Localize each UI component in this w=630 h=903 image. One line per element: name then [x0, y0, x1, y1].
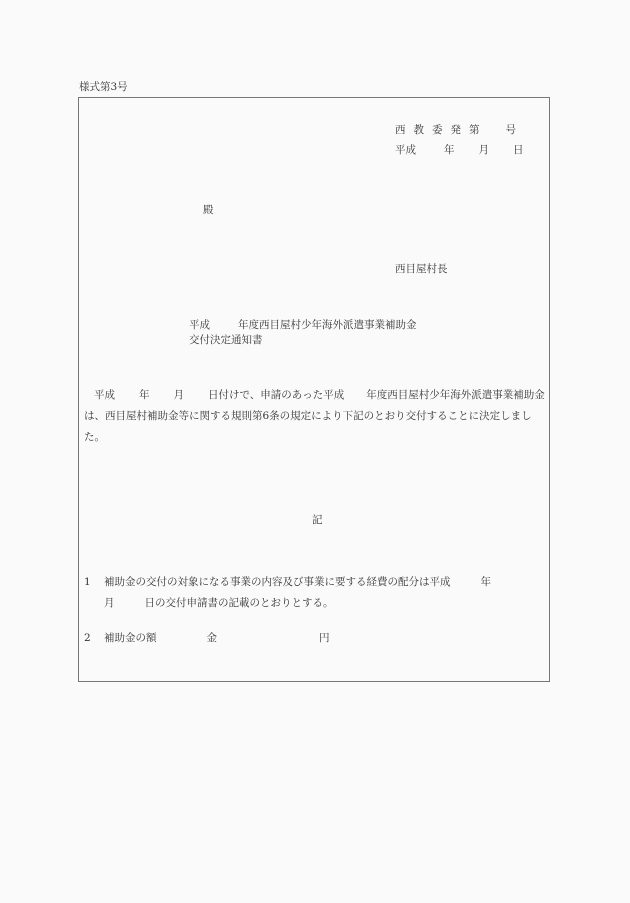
- doc-number-char: 委: [432, 125, 443, 136]
- currency-prefix: 金: [207, 632, 218, 644]
- document-title-line2: 交付決定通知書: [189, 335, 263, 346]
- date-era: 平成: [395, 144, 416, 156]
- item-number: 2: [84, 633, 104, 644]
- doc-number-char: 第: [469, 125, 480, 136]
- date-month: 月: [479, 144, 490, 156]
- doc-number-char: 教: [414, 125, 425, 136]
- date-day: 日: [513, 144, 524, 156]
- doc-number-char: 発: [451, 125, 462, 136]
- addressee-honorific: 殿: [203, 205, 214, 216]
- doc-number-char: 号: [506, 125, 517, 136]
- document-title-line1: 平成年度西目屋村少年海外派遣事業補助金: [189, 320, 417, 331]
- list-item-2: 2補助金の額金円: [84, 633, 330, 644]
- date-year: 年: [444, 144, 455, 156]
- item-number: 1: [84, 572, 104, 593]
- issuer-name: 西目屋村長: [395, 264, 448, 275]
- document-number: 西教委発第号: [395, 125, 516, 136]
- list-item-1: 1補助金の交付の対象になる事業の内容及び事業に要する経費の配分は平成年 月日の交…: [84, 572, 544, 614]
- item-label: 補助金の額: [104, 632, 157, 644]
- currency-unit: 円: [319, 632, 330, 644]
- form-number-label: 様式第3号: [79, 82, 128, 93]
- doc-number-char: 西: [395, 125, 406, 136]
- ki-heading: 記: [312, 515, 323, 526]
- body-paragraph: 平成年月日付けで、申請のあった平成年度西目屋村少年海外派遣事業補助金は、西目屋村…: [84, 385, 546, 448]
- issue-date: 平成年月日: [395, 145, 524, 156]
